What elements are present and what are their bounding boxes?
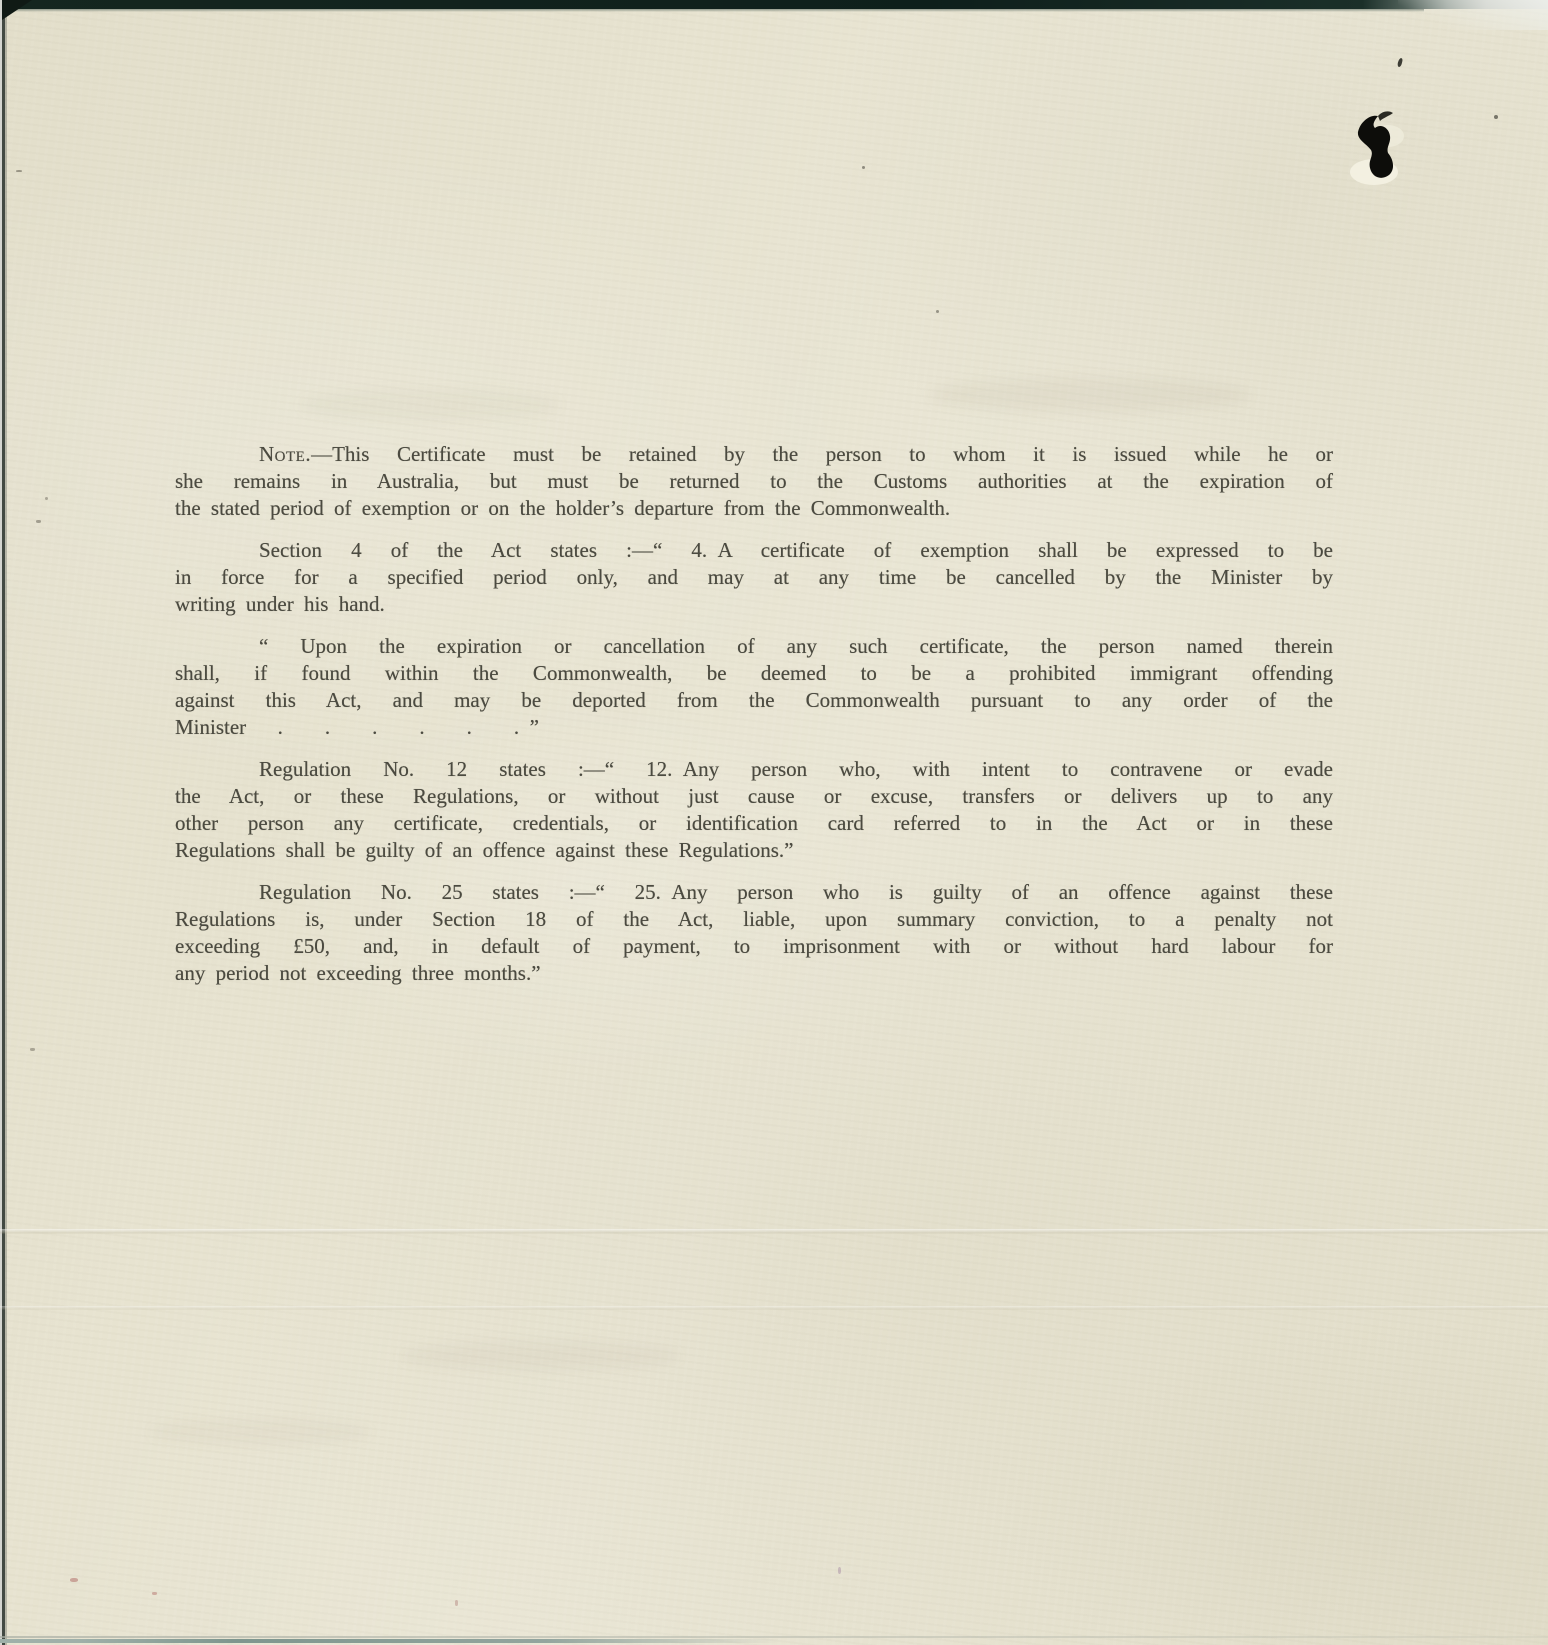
paper-speck (36, 520, 41, 523)
text-line: the Act, or these Regulations, or withou… (175, 783, 1333, 810)
paragraph: “ Upon the expiration or cancellation of… (175, 633, 1333, 741)
paper-speck (30, 1048, 35, 1051)
bleedthrough-smudge (300, 390, 560, 420)
left-edge-strip (0, 0, 7, 1645)
top-edge-strip (0, 0, 1548, 9)
red-speck (70, 1578, 78, 1582)
text-line: Regulation No. 12 states :—“ 12. Any per… (175, 756, 1333, 783)
bottom-edge-teal-line (0, 1639, 780, 1643)
text-line: Minister . . . . . . ” (175, 714, 1333, 741)
text-line: Regulations is, under Section 18 of the … (175, 906, 1333, 933)
text-line: writing under his hand. (175, 591, 1333, 618)
document-page: Note.—This Certificate must be retained … (0, 0, 1548, 1645)
paragraph: Note.—This Certificate must be retained … (175, 441, 1333, 522)
text-line: she remains in Australia, but must be re… (175, 468, 1333, 495)
bleedthrough-smudge (150, 1420, 370, 1444)
bottom-edge-line (0, 1636, 1548, 1638)
paper-speck (16, 170, 22, 172)
paper-speck (1494, 115, 1498, 119)
bleedthrough-smudge (930, 378, 1250, 412)
text-line: other person any certificate, credential… (175, 810, 1333, 837)
ink-blot (1348, 108, 1412, 190)
paragraph: Regulation No. 25 states :—“ 25. Any per… (175, 879, 1333, 987)
note-label: Note. (259, 442, 311, 466)
text-line: against this Act, and may be deported fr… (175, 687, 1333, 714)
bleedthrough-smudge (400, 1342, 680, 1370)
text-line: Note.—This Certificate must be retained … (175, 441, 1333, 468)
text-line: Regulations shall be guilty of an offenc… (175, 837, 1333, 864)
purple-speck (838, 1567, 841, 1574)
text-line: any period not exceeding three months.” (175, 960, 1333, 987)
text-line-rest: —This Certificate must be retained by th… (311, 442, 1333, 466)
paper-speck (862, 166, 865, 169)
paper-speck (45, 497, 48, 500)
top-right-corner-light (1398, 0, 1548, 30)
paper-speck (936, 310, 939, 313)
text-line: in force for a specified period only, an… (175, 564, 1333, 591)
paper-crease (0, 1306, 1548, 1310)
paper-crease (0, 1229, 1548, 1234)
red-speck (455, 1600, 458, 1606)
text-line: exceeding £50, and, in default of paymen… (175, 933, 1333, 960)
stray-ink-mark (1397, 58, 1403, 68)
text-line: the stated period of exemption or on the… (175, 495, 1333, 522)
text-line: Regulation No. 25 states :—“ 25. Any per… (175, 879, 1333, 906)
red-speck (152, 1592, 157, 1595)
text-line: Section 4 of the Act states :—“ 4. A cer… (175, 537, 1333, 564)
text-line: shall, if found within the Commonwealth,… (175, 660, 1333, 687)
top-edge-shadow (0, 9, 1424, 12)
paragraph: Regulation No. 12 states :—“ 12. Any per… (175, 756, 1333, 864)
certificate-notes-text: Note.—This Certificate must be retained … (175, 441, 1333, 1002)
text-line: “ Upon the expiration or cancellation of… (175, 633, 1333, 660)
paragraph: Section 4 of the Act states :—“ 4. A cer… (175, 537, 1333, 618)
